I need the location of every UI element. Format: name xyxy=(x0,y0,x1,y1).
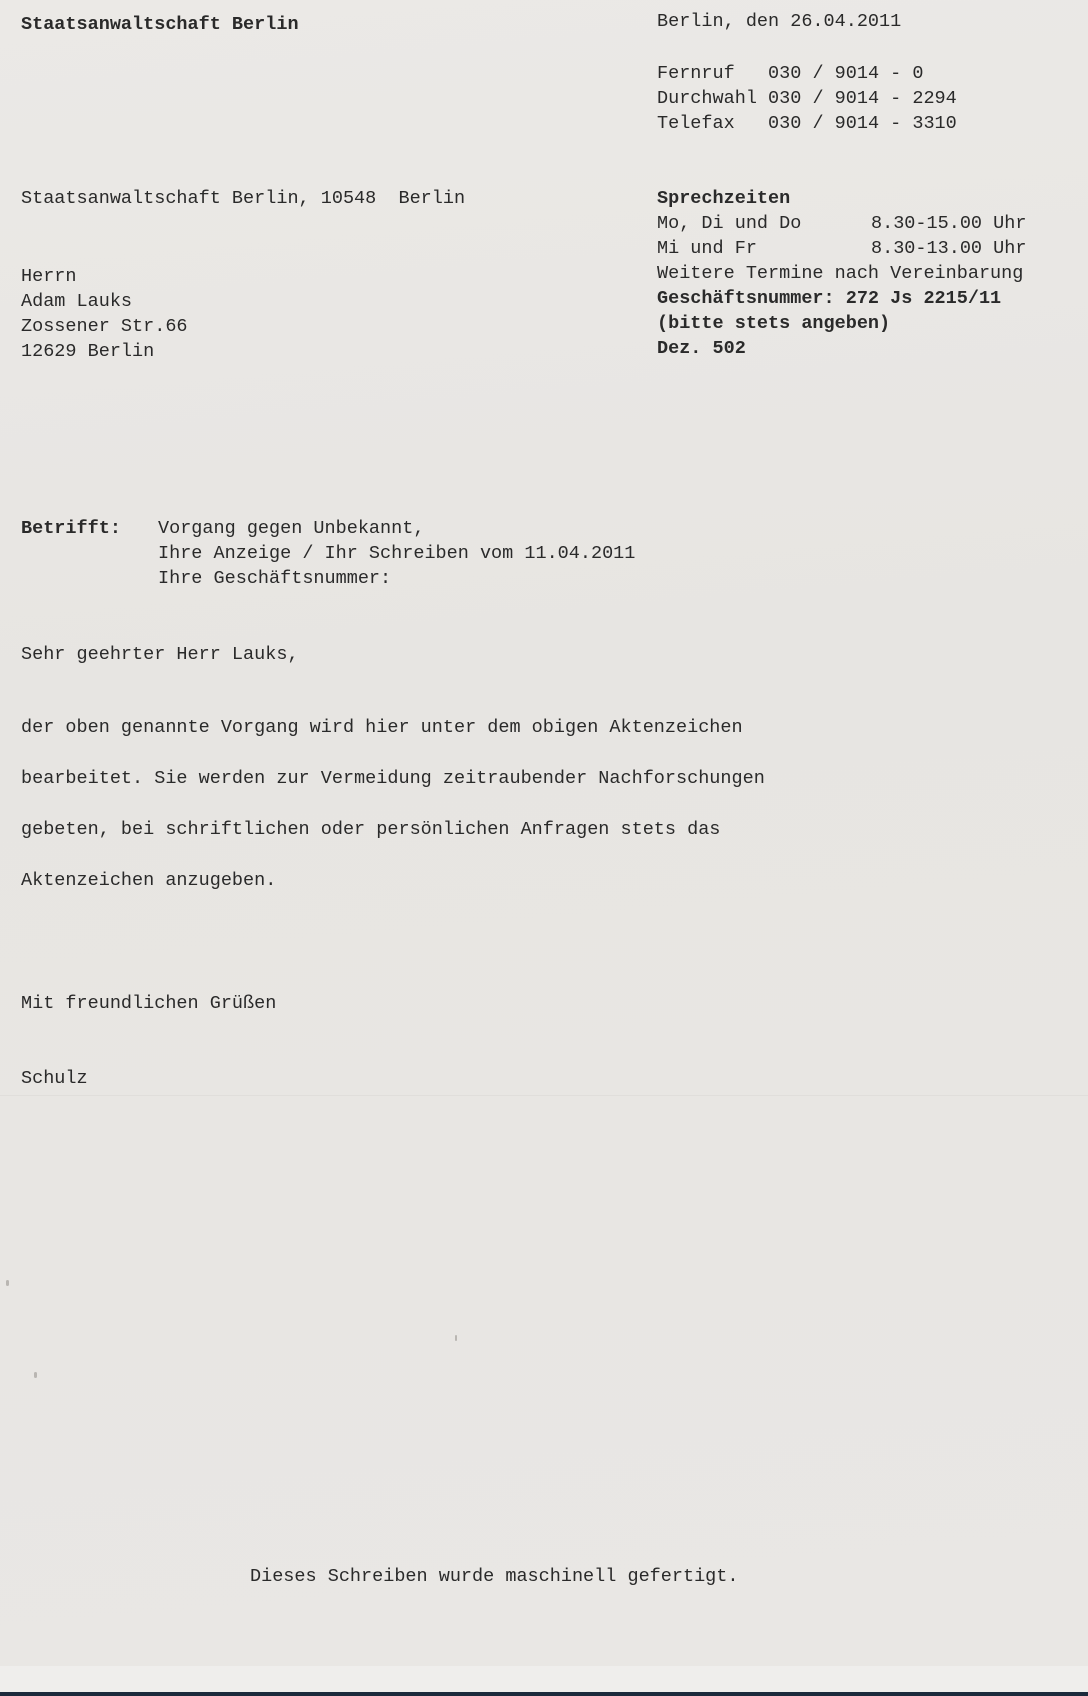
phone-row: Durchwahl 030 / 9014 - 2294 xyxy=(657,86,957,111)
scanner-edge xyxy=(0,1692,1088,1696)
office-hours-time: 8.30-15.00 Uhr xyxy=(871,211,1026,236)
phone-label: Fernruf xyxy=(657,63,768,84)
salutation: Sehr geehrter Herr Lauks, xyxy=(21,642,299,667)
subject-line: Vorgang gegen Unbekannt, xyxy=(158,516,424,541)
recipient-line: Adam Lauks xyxy=(21,289,132,314)
paper-speck xyxy=(455,1335,457,1341)
office-hours-days: Mo, Di und Do xyxy=(657,213,801,234)
signature: Schulz xyxy=(21,1066,88,1091)
phone-number: 030 / 9014 - 0 xyxy=(768,63,923,84)
office-hours-title: Sprechzeiten xyxy=(657,186,790,211)
office-hours-days: Mi und Fr xyxy=(657,238,757,259)
phone-row: Fernruf 030 / 9014 - 0 xyxy=(657,61,923,86)
body-line: Aktenzeichen anzugeben. xyxy=(21,868,276,893)
subject-label: Betrifft: xyxy=(21,516,121,541)
closing: Mit freundlichen Grüßen xyxy=(21,991,276,1016)
body-line: der oben genannte Vorgang wird hier unte… xyxy=(21,715,743,740)
case-note: (bitte stets angeben) xyxy=(657,311,890,336)
department: Dez. 502 xyxy=(657,336,746,361)
sender-name: Staatsanwaltschaft Berlin xyxy=(21,12,299,37)
office-hours-row: Mi und Fr8.30-13.00 Uhr xyxy=(657,236,757,261)
return-address: Staatsanwaltschaft Berlin, 10548 Berlin xyxy=(21,186,465,211)
body-line: gebeten, bei schriftlichen oder persönli… xyxy=(21,817,720,842)
paper-fold xyxy=(0,1095,1088,1096)
body-line: bearbeitet. Sie werden zur Vermeidung ze… xyxy=(21,766,765,791)
phone-label: Telefax xyxy=(657,113,768,134)
recipient-line: 12629 Berlin xyxy=(21,339,154,364)
phone-number: 030 / 9014 - 3310 xyxy=(768,113,957,134)
recipient-line: Herrn xyxy=(21,264,77,289)
date-line: Berlin, den 26.04.2011 xyxy=(657,9,901,34)
phone-row: Telefax 030 / 9014 - 3310 xyxy=(657,111,957,136)
recipient-line: Zossener Str.66 xyxy=(21,314,188,339)
scanner-margin xyxy=(0,1666,1088,1692)
footer-note: Dieses Schreiben wurde maschinell gefert… xyxy=(250,1564,738,1589)
paper-speck xyxy=(34,1372,37,1378)
office-hours-note: Weitere Termine nach Vereinbarung xyxy=(657,261,1023,286)
phone-label: Durchwahl xyxy=(657,88,768,109)
paper-speck xyxy=(6,1280,9,1286)
letter-page: Staatsanwaltschaft Berlin Berlin, den 26… xyxy=(0,0,1088,1667)
subject-line: Ihre Geschäftsnummer: xyxy=(158,566,391,591)
subject-line: Ihre Anzeige / Ihr Schreiben vom 11.04.2… xyxy=(158,541,635,566)
office-hours-time: 8.30-13.00 Uhr xyxy=(871,236,1026,261)
office-hours-row: Mo, Di und Do8.30-15.00 Uhr xyxy=(657,211,801,236)
phone-number: 030 / 9014 - 2294 xyxy=(768,88,957,109)
case-number: Geschäftsnummer: 272 Js 2215/11 xyxy=(657,286,1001,311)
